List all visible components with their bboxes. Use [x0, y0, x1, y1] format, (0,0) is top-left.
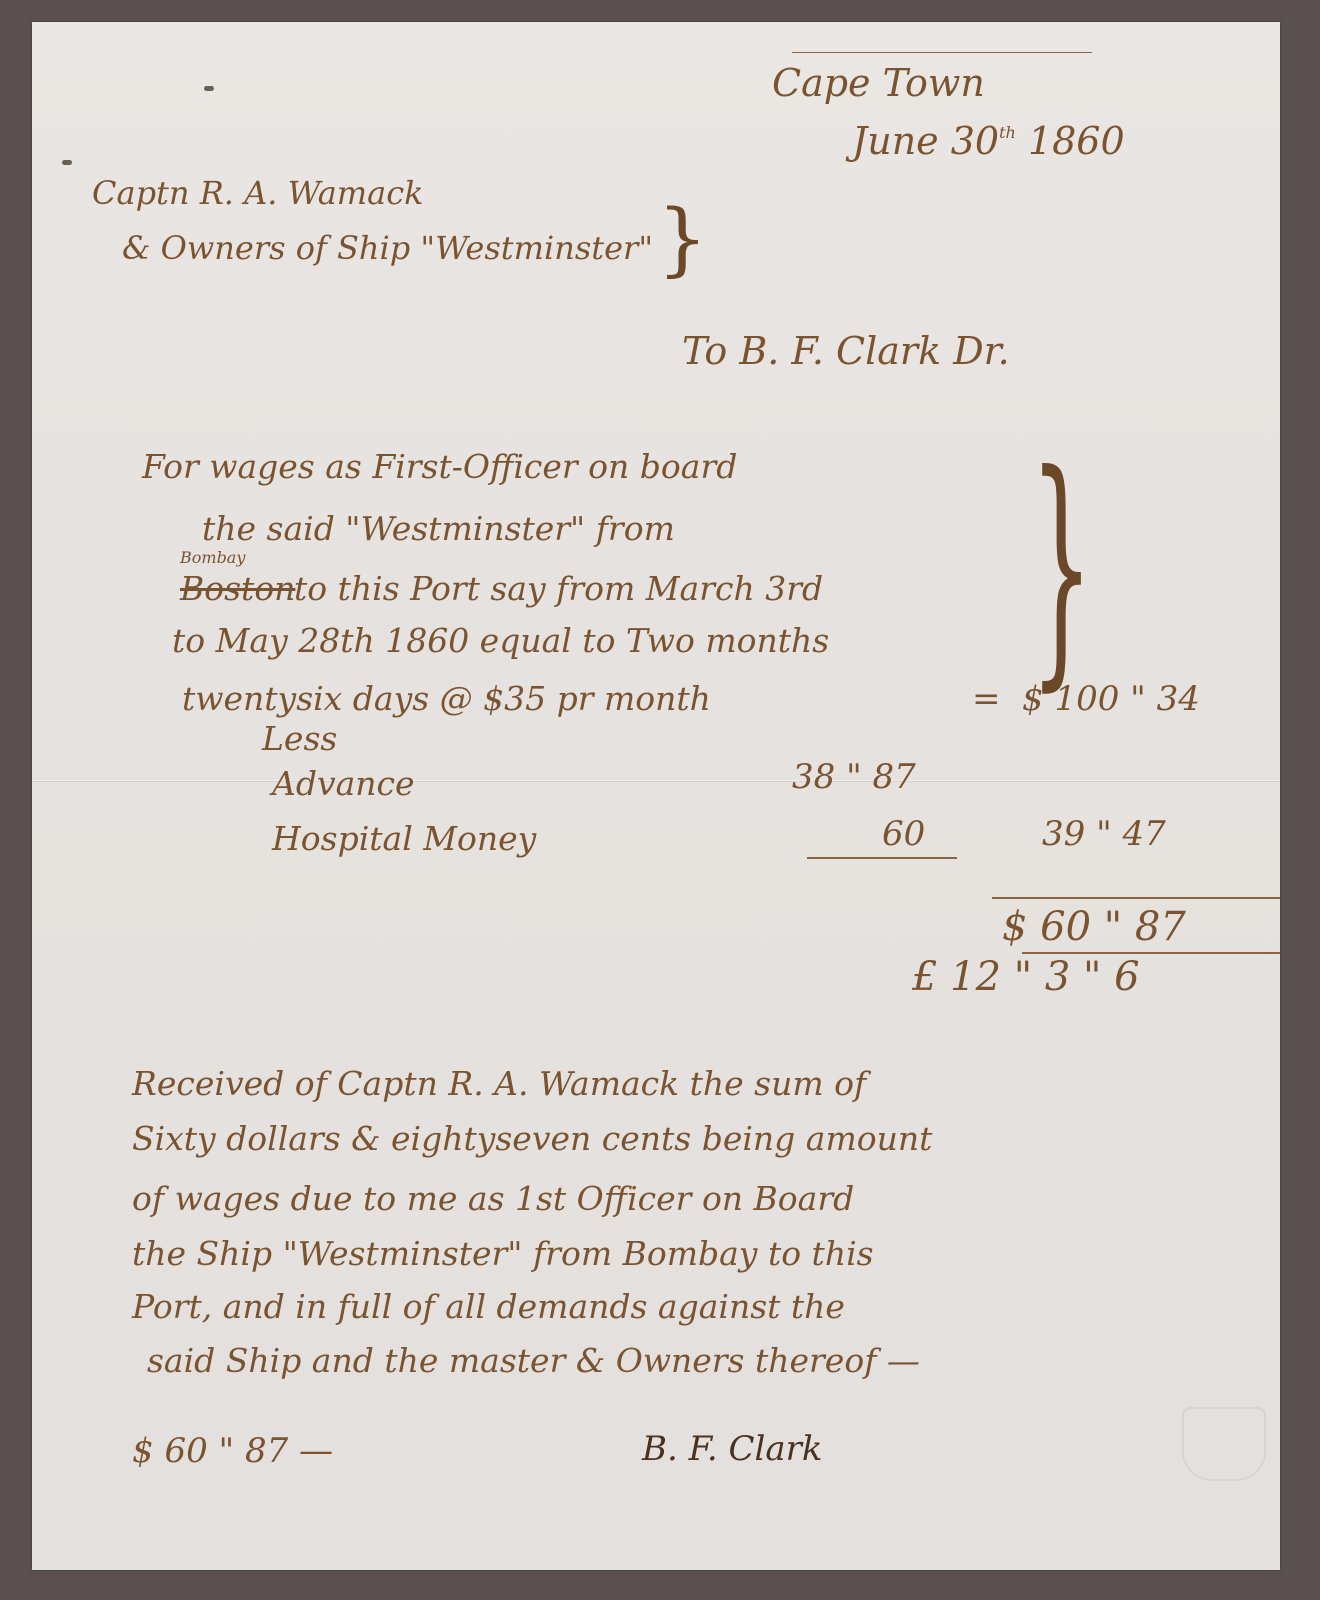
date-day: June 30 — [852, 119, 999, 163]
receipt-line-4: the Ship "Westminster" from Bombay to th… — [132, 1237, 874, 1270]
underline — [807, 857, 957, 859]
addressee-line-2: & Owners of Ship "Westminster" — [122, 232, 653, 264]
addressee-line-1: Captn R. A. Wamack — [92, 177, 424, 209]
account-line-3: to this Port say from March 3rd — [294, 572, 823, 605]
inserted-word: Bombay — [180, 550, 245, 566]
deduction-label-advance: Advance — [272, 767, 415, 800]
receipt-line-2: Sixty dollars & eightyseven cents being … — [132, 1122, 932, 1155]
deductions-total: 39 " 47 — [1042, 817, 1166, 851]
struck-word: Boston — [180, 572, 295, 605]
place-heading: Cape Town — [772, 64, 985, 102]
fold-crease — [32, 780, 1280, 782]
gross-equals: = — [972, 682, 1001, 716]
account-line-4: to May 28th 1860 equal to Two months — [172, 624, 829, 657]
gross-amount: $ 100 " 34 — [1022, 682, 1200, 716]
creditor-line: To B. F. Clark Dr. — [682, 332, 1010, 370]
signature: B. F. Clark — [642, 1432, 823, 1466]
receipt-line-3: of wages due to me as 1st Officer on Boa… — [132, 1182, 854, 1215]
net-amount: $ 60 " 87 — [1002, 907, 1186, 947]
receipt-amount: $ 60 " 87 — — [132, 1434, 333, 1468]
deduction-amount-advance: 38 " 87 — [792, 760, 916, 794]
account-line-5: twentysix days @ $35 pr month — [182, 682, 711, 715]
sum-rule-top — [992, 897, 1280, 899]
deduction-label-hospital: Hospital Money — [272, 822, 536, 855]
account-line-1: For wages as First-Officer on board — [142, 450, 737, 483]
brace-icon: } — [657, 192, 708, 285]
date-year: 1860 — [1028, 119, 1125, 163]
date-heading: June 30th 1860 — [852, 122, 1125, 160]
pin-hole — [62, 160, 72, 165]
date-suffix: th — [999, 123, 1016, 142]
embossed-seal — [1182, 1407, 1266, 1481]
receipt-line-5: Port, and in full of all demands against… — [132, 1290, 845, 1323]
account-line-2: the said "Westminster" from — [202, 512, 675, 545]
pin-hole — [204, 86, 214, 91]
sterling-amount: £ 12 " 3 " 6 — [912, 957, 1140, 997]
receipt-line-1: Received of Captn R. A. Wamack the sum o… — [132, 1067, 866, 1100]
deduction-amount-hospital: 60 — [882, 817, 925, 851]
less-label: Less — [262, 722, 337, 755]
decorative-flourish — [792, 52, 1092, 53]
receipt-line-6: said Ship and the master & Owners thereo… — [147, 1344, 920, 1377]
paper-sheet: Cape Town June 30th 1860 Captn R. A. Wam… — [32, 22, 1280, 1570]
brace-icon: } — [1030, 442, 1094, 692]
